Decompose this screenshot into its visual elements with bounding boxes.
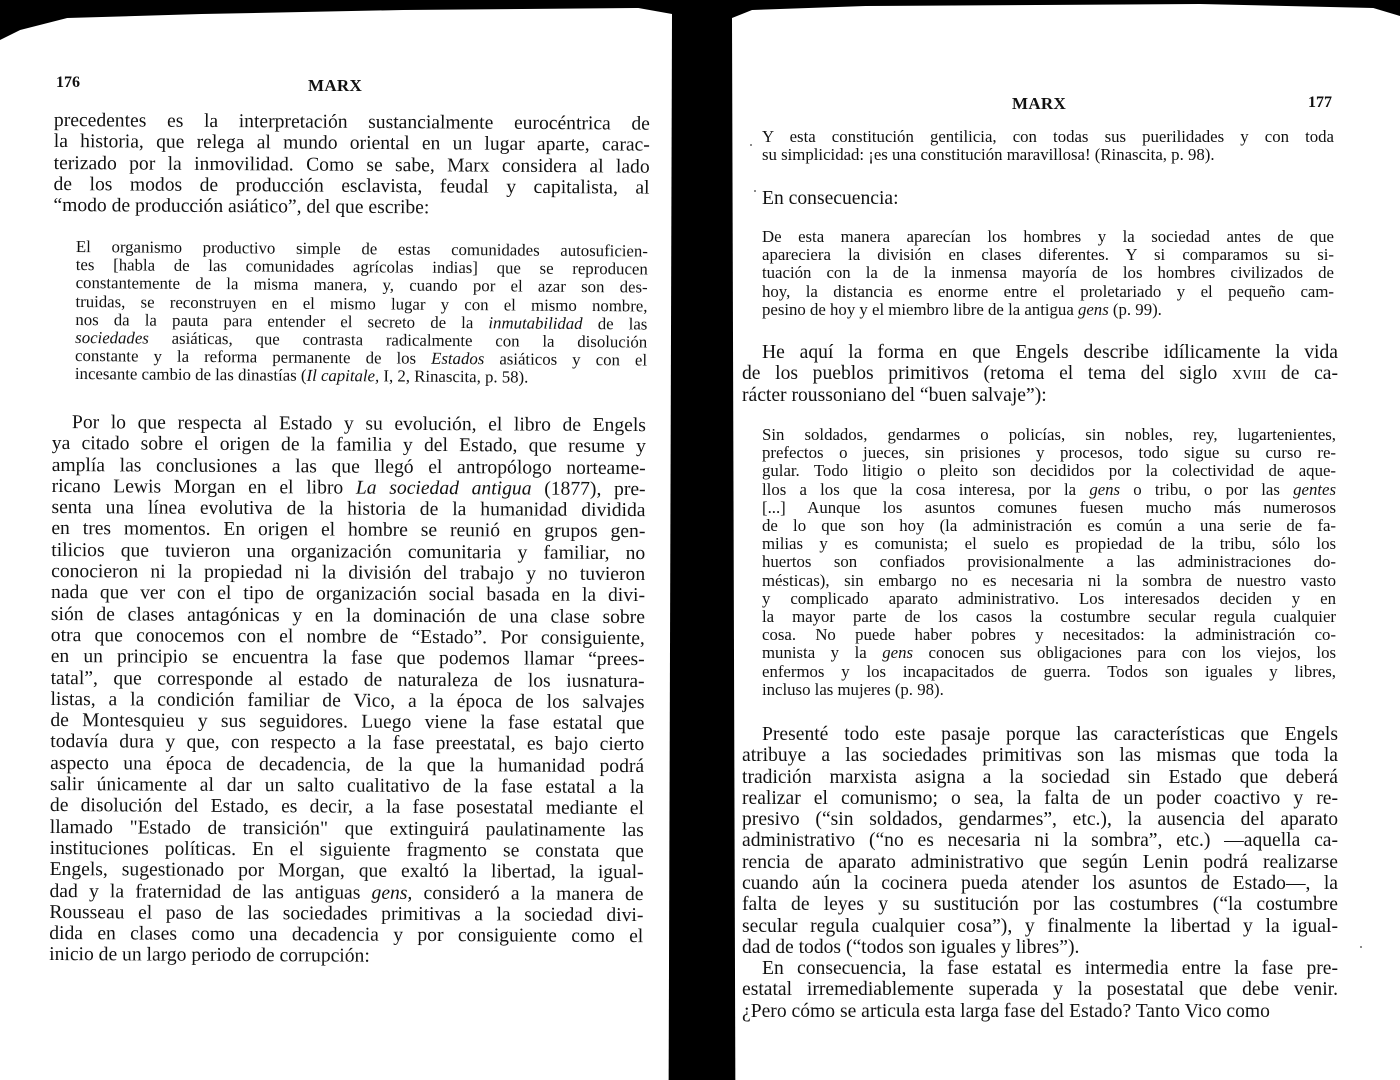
- text-line: presivo (“sin soldados, gendarmes”, etc.…: [742, 809, 1338, 830]
- text-line: milias y es comunista; el suelo es propi…: [762, 535, 1336, 553]
- text-line: senta una línea evolutiva de la historia…: [51, 497, 645, 521]
- text-line: de Montesquieu y sus seguidores. Luego v…: [50, 710, 644, 734]
- text-line: secular regula cualquier cosa”), y final…: [742, 916, 1338, 937]
- text-line: apareciera la división en clases diferen…: [762, 246, 1334, 264]
- text-line: Y esta constitución gentilicia, con toda…: [762, 128, 1334, 146]
- text-line: Por lo que respecta al Estado y su evolu…: [52, 412, 646, 436]
- text-line: tradición marxista asigna a la sociedad …: [742, 767, 1338, 788]
- text-line: mésticas), sin embargo no es necesaria n…: [762, 572, 1336, 590]
- text-line: y complicado aparato administrativo. Los…: [762, 590, 1336, 608]
- text-line: dida en clases como una decadencia y por…: [49, 923, 643, 947]
- running-head: MARX: [308, 76, 362, 96]
- page-number: 176: [56, 74, 80, 92]
- text-line: llos a los que la cosa interesa, por la …: [762, 481, 1336, 499]
- text-line: prefectos o jueces, sin prisiones y proc…: [762, 444, 1336, 462]
- text-line: ya citado sobre el origen de la familia …: [52, 433, 646, 457]
- text-line: estatal irremediablemente superada y la …: [742, 979, 1338, 1000]
- right-page: MARX 177 Y esta constitución gentilicia,…: [732, 0, 1400, 1080]
- text-line: listas, a la condición familiar de Vico,…: [50, 689, 644, 713]
- text-line: de disolución del Estado, es decir, a la…: [50, 795, 644, 819]
- left-page: 176 MARX precedentes es la interpretació…: [0, 0, 672, 1080]
- text-line: cosa. No puede haber pobres y necesitado…: [762, 626, 1336, 644]
- text-line: gular. Todo litigio o pleito son decidid…: [762, 462, 1336, 480]
- text-line: rácter roussoniano del “buen salvaje”):: [742, 385, 1338, 406]
- text-line: de los pueblos primitivos (retoma el tem…: [742, 363, 1338, 384]
- paragraph-presente: Presenté todo este pasaje porque las car…: [742, 724, 1338, 958]
- text-line: en un principio se encuentra la fase que…: [51, 646, 645, 670]
- text-line: enfermos y los incapacitados de guerra. …: [762, 663, 1336, 681]
- text-line: nada que ver con el tipo de organización…: [51, 582, 645, 606]
- text-line: atribuye a las sociedades primitivas son…: [742, 745, 1338, 766]
- block-quote-capitale: El organismo productivo simple de estas …: [75, 238, 648, 388]
- text-line: rencia de aparato administrativo que seg…: [742, 852, 1338, 873]
- text-line: falta de leyes y su sustitución por las …: [742, 894, 1338, 915]
- text-line: realizar el comunismo; o sea, la falta d…: [742, 788, 1338, 809]
- text-line: tilicios que tuvieron una organización c…: [51, 540, 645, 564]
- paragraph-intro: precedentes es la interpretación sustanc…: [53, 110, 650, 220]
- scan-speck: [750, 144, 752, 146]
- text-line: Presenté todo este pasaje porque las car…: [742, 724, 1338, 745]
- text-line: su simplicidad: ¡es una constitución mar…: [762, 146, 1334, 164]
- paragraph-idilico: He aquí la forma en que Engels describe …: [742, 342, 1338, 406]
- text-line: sión de clases antagónicas y en la domin…: [51, 604, 645, 628]
- text-line: dad de todos (“todos son iguales y libre…: [742, 937, 1338, 958]
- text-line: salir únicamente al dar un salto cualita…: [50, 774, 644, 798]
- text-line: tatal”, que corresponde al estado de nat…: [51, 668, 645, 692]
- page-number: 177: [1308, 94, 1332, 112]
- block-quote-soldados: Sin soldados, gendarmes o policías, sin …: [762, 426, 1336, 699]
- text-line: [...] Aunque los asuntos comunes fuesen …: [762, 499, 1336, 517]
- block-quote-constitucion: Y esta constitución gentilicia, con toda…: [762, 128, 1334, 164]
- text-line: “modo de producción asiático”, del que e…: [53, 195, 649, 220]
- line-en-consecuencia: En consecuencia:: [762, 188, 1334, 209]
- text-line: Sin soldados, gendarmes o policías, sin …: [762, 426, 1336, 444]
- text-line: de lo que son hoy (la administración es …: [762, 517, 1336, 535]
- text-line: Engels, sugestionado por Morgan, que exa…: [50, 859, 644, 883]
- text-line: conocieron ni la propiedad ni la divisió…: [51, 561, 645, 585]
- text-line: munista y la gens conocen sus obligacion…: [762, 644, 1336, 662]
- text-line: huertos son confiados provisionalmente a…: [762, 553, 1336, 571]
- text-line: aspecto una época de decadencia, de la q…: [50, 753, 644, 777]
- text-line: todavía dura y que, con respecto a la fa…: [50, 731, 644, 755]
- text-line: dad y la fraternidad de las antiguas gen…: [49, 881, 643, 905]
- text-line: administrativo (“no es necesaria ni la s…: [742, 830, 1338, 851]
- text-line: otra que conocemos con el nombre de “Est…: [51, 625, 645, 649]
- scan-speck: [754, 190, 756, 192]
- block-quote-sociedad: De esta manera aparecían los hombres y l…: [762, 228, 1334, 319]
- text-line: instituciones políticas. En el siguiente…: [50, 838, 644, 862]
- paragraph-engels-morgan: Por lo que respecta al Estado y su evolu…: [49, 412, 646, 969]
- text-line: cuando aún la cocinera pueda atender los…: [742, 873, 1338, 894]
- text-line: amplía las conclusiones a las que llegó …: [52, 455, 646, 479]
- text-line: He aquí la forma en que Engels describe …: [742, 342, 1338, 363]
- text-line: llamado "Estado de transición" que extin…: [50, 817, 644, 841]
- text-line: tuación con la de la inmensa mayoría de …: [762, 264, 1334, 282]
- text-line: ¿Pero cómo se articula esta larga fase d…: [742, 1001, 1338, 1022]
- text-line: la mayor parte de los casos la costumbre…: [762, 608, 1336, 626]
- text-line: pesino de hoy y el miembro libre de la a…: [762, 301, 1334, 319]
- scan-speck: [1360, 946, 1362, 948]
- running-head: MARX: [1012, 94, 1066, 114]
- text-line: Rousseau el paso de las sociedades primi…: [49, 902, 643, 926]
- text-line: inicio de un largo periodo de corrupción…: [49, 944, 643, 968]
- text-line: ricano Lewis Morgan en el libro La socie…: [52, 476, 646, 500]
- text-line: incluso las mujeres (p. 98).: [762, 681, 1336, 699]
- text-line: en tres momentos. En origen el hombre se…: [51, 518, 645, 542]
- text-line: la historia, que relega al mundo orienta…: [54, 131, 650, 156]
- text-line: En consecuencia, la fase estatal es inte…: [742, 958, 1338, 979]
- text-line: hoy, la distancia es enorme entre el pro…: [762, 283, 1334, 301]
- text-line: De esta manera aparecían los hombres y l…: [762, 228, 1334, 246]
- paragraph-fase-estatal: En consecuencia, la fase estatal es inte…: [742, 958, 1338, 1022]
